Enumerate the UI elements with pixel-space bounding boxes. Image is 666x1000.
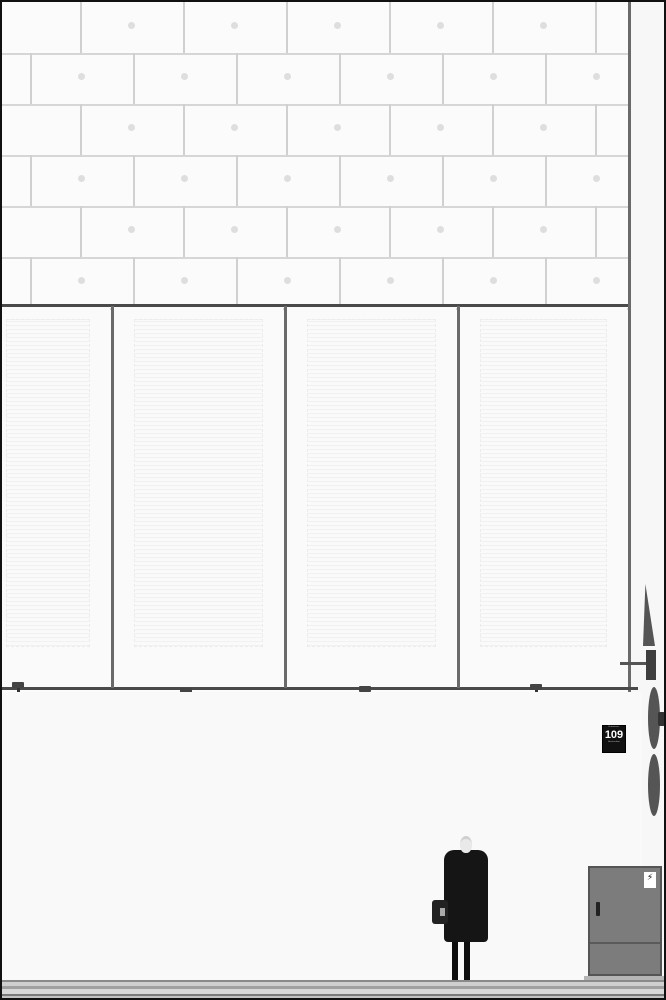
head <box>460 836 472 853</box>
leg <box>464 940 470 984</box>
dark-coat <box>444 850 488 942</box>
brick-course <box>2 53 628 106</box>
conduit-right <box>628 2 631 692</box>
sign-bottom-text: Amsterdam <box>603 741 625 744</box>
brick-course <box>2 155 628 208</box>
handbag-tag <box>440 908 445 916</box>
brick-course <box>2 104 628 157</box>
house-number: 109 <box>603 729 625 741</box>
house-number-sign: Einbahnstr. 109 Amsterdam <box>602 725 626 753</box>
brick-course <box>2 206 628 259</box>
pole-sign-disc-2 <box>648 754 660 816</box>
electrical-box: ⚡ <box>588 866 662 976</box>
woman-figure <box>430 836 494 988</box>
pole-sign-knob <box>658 712 665 726</box>
photograph: Einbahnstr. 109 Amsterdam ⚡ <box>0 0 666 1000</box>
wall-panel-4 <box>460 307 627 687</box>
brick-wall <box>2 2 628 302</box>
lower-wall <box>2 692 642 980</box>
wall-panel-3 <box>287 307 456 687</box>
brick-course <box>2 2 628 55</box>
wall-panel-1 <box>2 307 110 687</box>
high-voltage-warning-icon: ⚡ <box>644 872 656 888</box>
brick-course <box>2 257 628 310</box>
sidewalk <box>2 980 666 1000</box>
wall-panel-2 <box>114 307 283 687</box>
conduit-lower <box>2 687 638 690</box>
pole-sign-mount <box>646 650 656 680</box>
leg <box>452 940 458 984</box>
pole-sign-bracket <box>620 662 646 665</box>
door-handle <box>596 902 600 916</box>
box-seam <box>590 942 660 944</box>
